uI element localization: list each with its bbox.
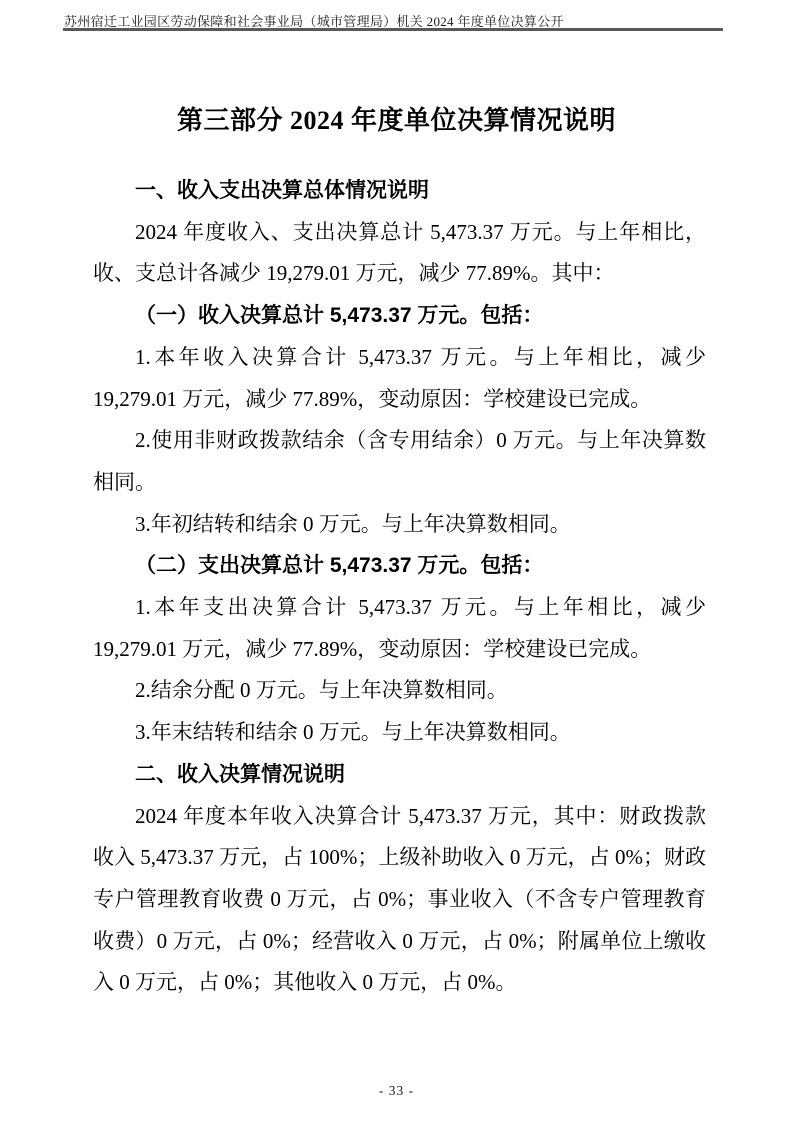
body-paragraph: 2024 年度收入、支出决算总计 5,473.37 万元。与上年相比，收、支总计…	[93, 212, 706, 295]
body-paragraph: 3.年初结转和结余 0 万元。与上年决算数相同。	[93, 504, 706, 546]
page-number: - 33 -	[0, 1083, 793, 1099]
body-paragraph: 1.本年收入决算合计 5,473.37 万元。与上年相比，减少 19,279.0…	[93, 337, 706, 420]
section-heading-income-details: 二、收入决算情况说明	[93, 754, 706, 796]
subsection-heading-expense-total: （二）支出决算总计 5,473.37 万元。包括：	[93, 545, 706, 587]
document-body: 一、收入支出决算总体情况说明 2024 年度收入、支出决算总计 5,473.37…	[93, 170, 706, 1004]
body-paragraph: 2.结余分配 0 万元。与上年决算数相同。	[93, 670, 706, 712]
body-paragraph: 2024 年度本年收入决算合计 5,473.37 万元，其中：财政拨款收入 5,…	[93, 796, 706, 1005]
body-paragraph: 1.本年支出决算合计 5,473.37 万元。与上年相比，减少 19,279.0…	[93, 587, 706, 670]
section-heading-income-expense-overview: 一、收入支出决算总体情况说明	[93, 170, 706, 212]
document-page: 苏州宿迁工业园区劳动保障和社会事业局（城市管理局）机关 2024 年度单位决算公…	[0, 0, 793, 1122]
body-paragraph: 2.使用非财政拨款结余（含专用结余）0 万元。与上年决算数相同。	[93, 420, 706, 503]
subsection-heading-income-total: （一）收入决算总计 5,473.37 万元。包括：	[93, 295, 706, 337]
document-title: 第三部分 2024 年度单位决算情况说明	[0, 100, 793, 137]
header-divider	[63, 28, 723, 31]
body-paragraph: 3.年末结转和结余 0 万元。与上年决算数相同。	[93, 712, 706, 754]
